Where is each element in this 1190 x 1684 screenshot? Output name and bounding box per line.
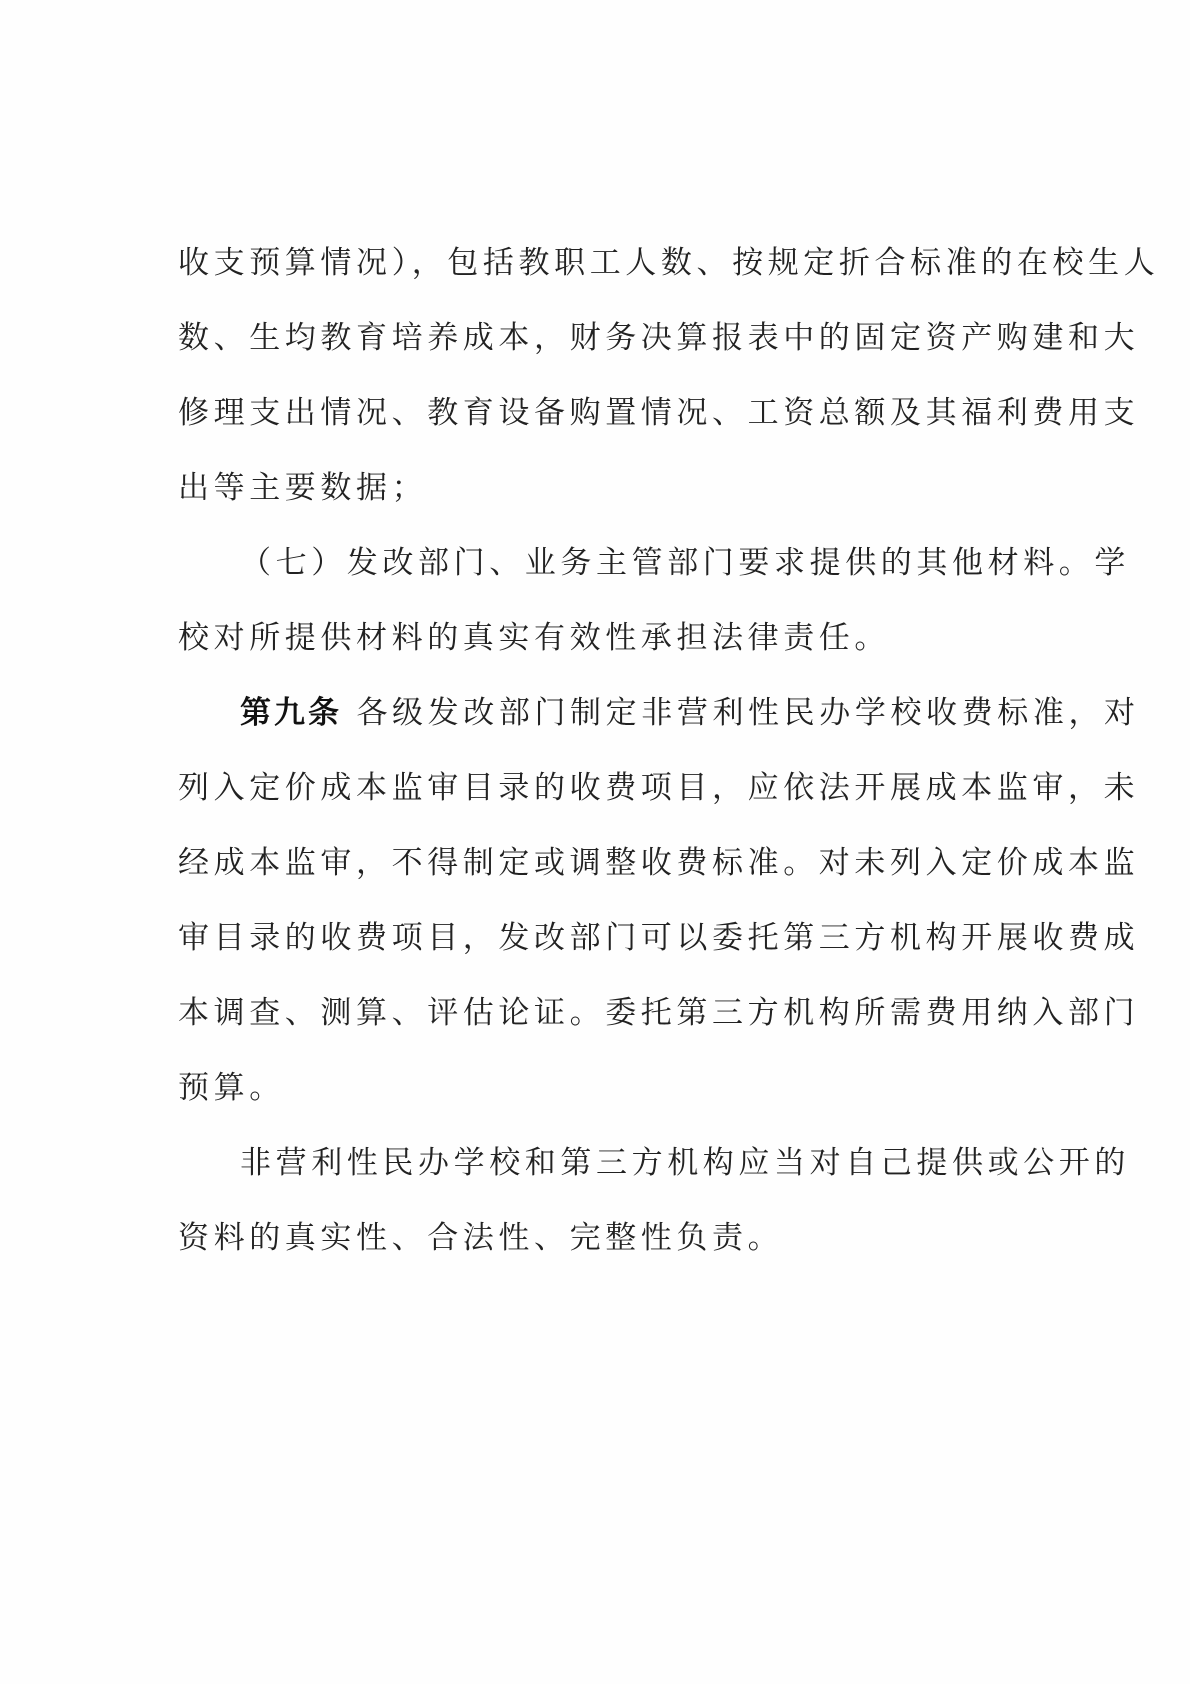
paragraph-line: 审目录的收费项目，发改部门可以委托第三方机构开展收费成 <box>178 918 998 958</box>
paragraph-line: 非营利性民办学校和第三方机构应当对自己提供或公开的 <box>240 1143 1000 1183</box>
paragraph-line: 预算。 <box>178 1068 998 1108</box>
paragraph-line: 列入定价成本监审目录的收费项目，应依法开展成本监审，未 <box>178 768 998 808</box>
article-9-text: 各级发改部门制定非营利性民办学校收费标准，对 <box>342 695 1140 731</box>
paragraph-line: 经成本监审，不得制定或调整收费标准。对未列入定价成本监 <box>178 843 998 883</box>
article-9-heading: 第九条 <box>240 695 342 731</box>
paragraph-line: 出等主要数据； <box>178 468 998 508</box>
paragraph-line: 修理支出情况、教育设备购置情况、工资总额及其福利费用支 <box>178 393 998 433</box>
list-item-seven: （七）发改部门、业务主管部门要求提供的其他材料。学 <box>240 543 1000 583</box>
paragraph-line: 资料的真实性、合法性、完整性负责。 <box>178 1218 998 1258</box>
paragraph-line: 校对所提供材料的真实有效性承担法律责任。 <box>178 618 998 658</box>
document-page: 收支预算情况），包括教职工人数、按规定折合标准的在校生人 数、生均教育培养成本，… <box>0 0 1190 1684</box>
paragraph-line: 数、生均教育培养成本，财务决算报表中的固定资产购建和大 <box>178 318 998 358</box>
paragraph-line: 本调查、测算、评估论证。委托第三方机构所需费用纳入部门 <box>178 993 998 1033</box>
paragraph-line: 收支预算情况），包括教职工人数、按规定折合标准的在校生人 <box>178 243 998 283</box>
article-9-first-line: 第九条 各级发改部门制定非营利性民办学校收费标准，对 <box>240 693 1000 733</box>
